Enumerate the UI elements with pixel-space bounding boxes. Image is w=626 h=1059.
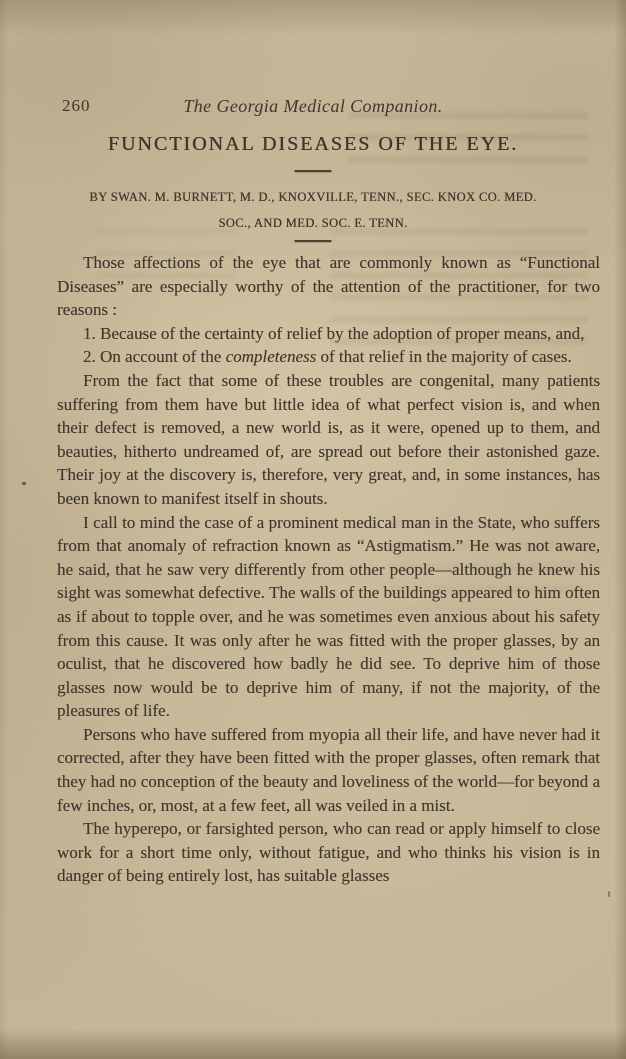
paragraph-intro: Those affections of the eye that are com…	[57, 251, 600, 322]
divider-rule-top	[295, 170, 332, 172]
paragraph-reason-2-before: 2. On account of the	[83, 347, 226, 366]
paragraph-reason-2-after: of that relief in the majority of cases.	[316, 347, 571, 366]
article-body: Those affections of the eye that are com…	[57, 251, 600, 888]
paragraph-myopia: Persons who have suffered from myopia al…	[57, 723, 600, 817]
scan-edge-shadow-top	[0, 0, 626, 36]
byline-line-1: BY SWAN. M. BURNETT, M. D., KNOXVILLE, T…	[0, 184, 626, 210]
paragraph-reason-2: 2. On account of the completeness of tha…	[57, 345, 600, 369]
scan-edge-shadow-left	[0, 0, 8, 1059]
scan-edge-shadow-right	[614, 0, 626, 1059]
running-head: 260 The Georgia Medical Companion.	[0, 96, 626, 120]
scanned-book-page: 260 The Georgia Medical Companion. FUNCT…	[0, 0, 626, 1059]
article-title: FUNCTIONAL DISEASES OF THE EYE.	[0, 133, 626, 156]
byline: BY SWAN. M. BURNETT, M. D., KNOXVILLE, T…	[0, 184, 626, 236]
paragraph-astigmatism-case: I call to mind the case of a prominent m…	[57, 511, 600, 723]
paragraph-hyperepo: The hyperepo, or farsighted person, who …	[57, 817, 600, 888]
scan-edge-shadow-bottom	[0, 1029, 626, 1059]
paragraph-reason-1: 1. Because of the certainty of relief by…	[57, 322, 600, 346]
paragraph-congenital: From the fact that some of these trouble…	[57, 369, 600, 511]
italic-word-completeness: completeness	[226, 347, 317, 366]
divider-rule-bottom	[295, 240, 332, 242]
byline-line-2: SOC., AND MED. SOC. E. TENN.	[0, 210, 626, 236]
ink-speck	[22, 482, 26, 485]
ink-speck	[608, 891, 610, 897]
journal-running-header: The Georgia Medical Companion.	[0, 96, 626, 117]
